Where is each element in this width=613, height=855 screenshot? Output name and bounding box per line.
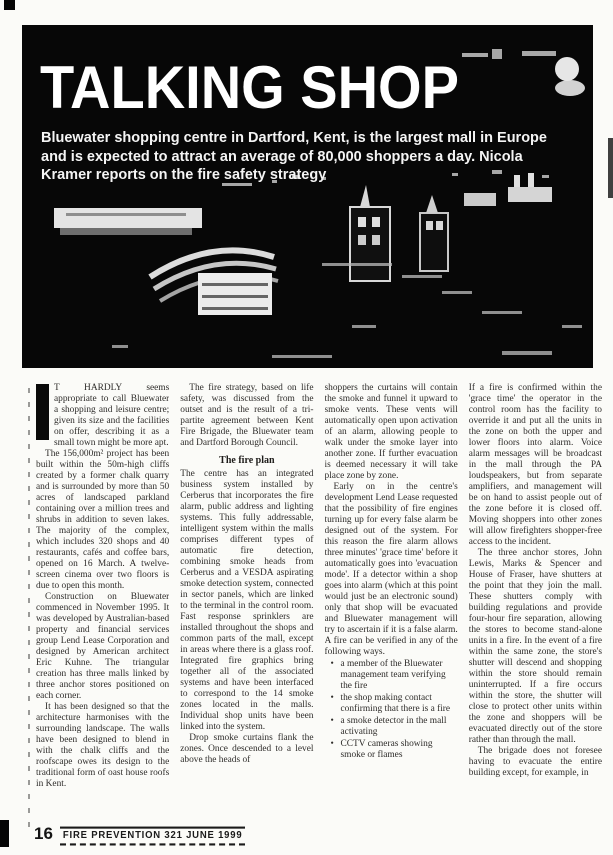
page-footer: 16 FIRE PREVENTION 321 JUNE 1999 [34,824,245,845]
body-paragraph: The 156,000m² project has been built wit… [36,449,169,592]
body-paragraph: It has been designed so that the archite… [36,702,169,790]
journal-title: FIRE PREVENTION 321 JUNE 1999 [60,827,245,846]
section-heading-fire-plan: The fire plan [180,455,313,466]
body-paragraph: The brigade does not foresee having to e… [469,746,602,779]
page-number: 16 [34,824,53,844]
magazine-page: TALKING SHOP Bluewater shopping centre i… [0,0,613,855]
list-item: the shop making contact confirming that … [331,693,458,715]
building-left [54,208,202,235]
text-column-4: If a fire is confirmed within the 'grace… [469,383,602,824]
article-body: IT HARDLY seems appropriate to call Blue… [36,383,602,824]
body-paragraph: Early on in the centre's development Len… [325,482,458,658]
body-paragraph: Construction on Bluewater commenced in N… [36,592,169,702]
body-paragraph: Drop smoke curtains flank the zones. Onc… [180,733,313,766]
list-item: CCTV cameras showing smoke or flames [331,739,458,761]
scan-artifact-corner [4,0,15,10]
text-column-1: IT HARDLY seems appropriate to call Blue… [36,383,169,824]
text-column-2: The fire strategy, based on life safety,… [180,383,313,824]
body-paragraph: shoppers the curtains will contain the s… [325,383,458,482]
paragraph-text: T HARDLY seems appropriate to call Bluew… [54,383,169,448]
dropcap-letter-i: I [36,384,49,440]
article-standfirst: Bluewater shopping centre in Dartford, K… [41,129,569,185]
text-column-3: shoppers the curtains will contain the s… [325,383,458,824]
body-paragraph: If a fire is confirmed within the 'grace… [469,383,602,548]
article-hero: TALKING SHOP Bluewater shopping centre i… [22,25,593,368]
body-paragraph: The centre has an integrated business sy… [180,469,313,733]
article-title: TALKING SHOP [40,57,459,117]
verification-methods-list: a member of the Bluewater management tea… [325,659,458,761]
body-paragraph: The three anchor stores, John Lewis, Mar… [469,548,602,746]
scan-artifact-spine-bottom [28,388,30,828]
list-item: a member of the Bluewater management tea… [331,659,458,692]
body-paragraph: The fire strategy, based on life safety,… [180,383,313,449]
building-white-block [198,273,272,315]
scan-artifact-bottom-left [0,820,9,847]
scan-artifact-right-edge [608,138,613,198]
list-item: a smoke detector in the mall activating [331,716,458,738]
body-paragraph: IT HARDLY seems appropriate to call Blue… [36,383,169,449]
